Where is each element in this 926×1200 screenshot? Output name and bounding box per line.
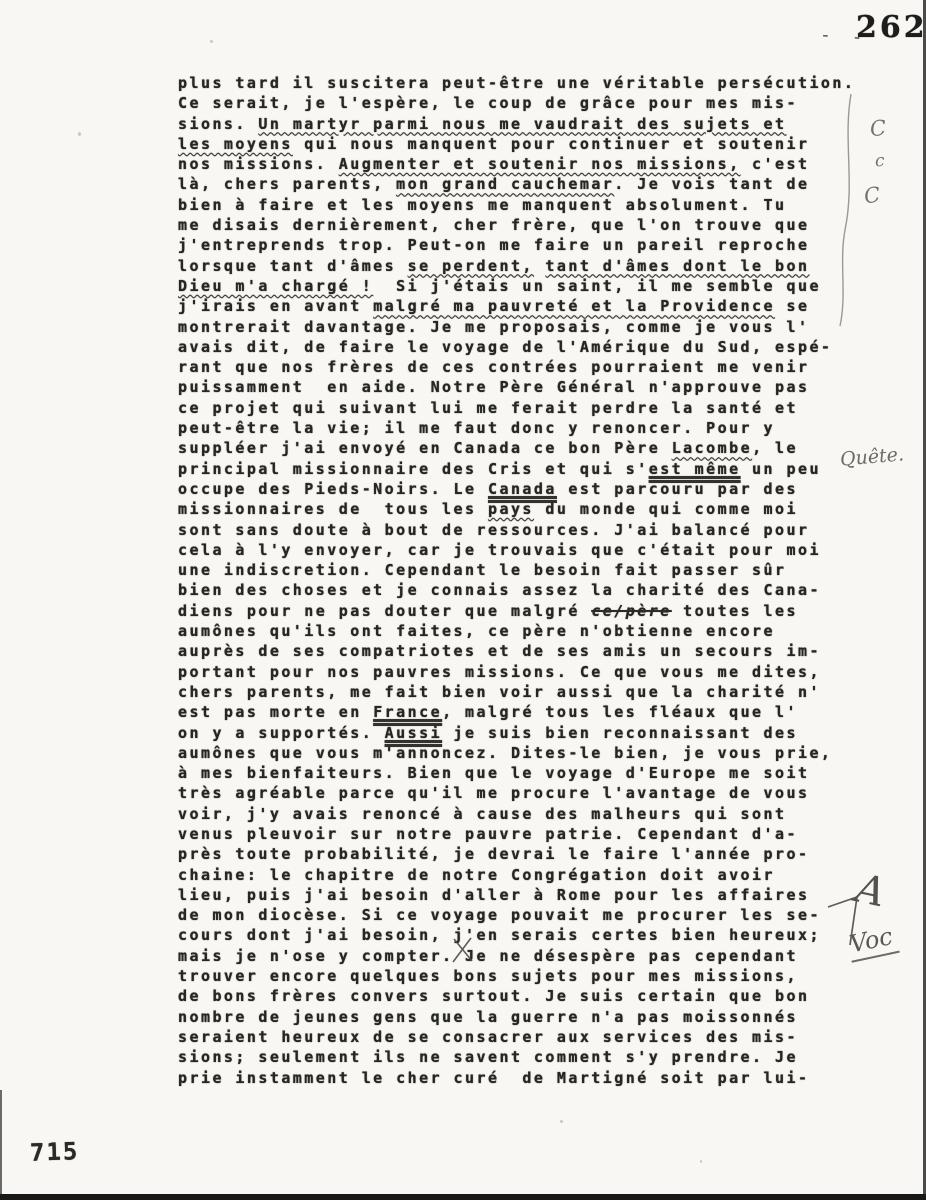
letter-line: Ce serait, je l'espère, le coup de grâce… xyxy=(178,93,888,113)
letter-text: toutes les xyxy=(672,602,798,620)
page-number-stamp: 262 xyxy=(856,10,926,45)
letter-text: portant pour nos pauvres missions. Ce qu… xyxy=(178,663,821,681)
letter-text: j'entreprends trop. Peut-on me faire un … xyxy=(178,236,809,254)
letter-line: j'irais en avant malgré ma pauvreté et l… xyxy=(178,296,888,316)
letter-line: sont sans doute à bout de ressources. J'… xyxy=(178,520,888,540)
letter-text: Un martyr parmi nous me vaudrait des suj… xyxy=(258,115,786,133)
letter-line: chaine: le chapitre de notre Congrégatio… xyxy=(178,865,888,885)
letter-text: montrerait davantage. Je me proposais, c… xyxy=(178,318,809,336)
letter-line: puissamment en aide. Notre Père Général … xyxy=(178,377,888,397)
letter-line: diens pour ne pas douter que malgré ce/p… xyxy=(178,601,888,621)
letter-text: sions. xyxy=(178,115,258,133)
letter-text: bien à faire et les moyens me manquent a… xyxy=(178,196,786,214)
letter-text: Aussi xyxy=(385,724,442,742)
letter-text: aumônes que vous m'annoncez. Dites-le bi… xyxy=(178,744,832,762)
letter-text: chers parents, me fait bien voir aussi q… xyxy=(178,683,821,701)
letter-text: j'irais en avant xyxy=(178,297,373,315)
letter-line: bien des choses et je connais assez la c… xyxy=(178,580,888,600)
margin-note-c: C xyxy=(862,175,906,213)
letter-line: mais je n'ose y compter. Je ne désespère… xyxy=(178,946,888,966)
letter-text: prie instamment le cher curé de Martigné… xyxy=(178,1069,809,1087)
letter-text: à mes bienfaiteurs. Bien que le voyage d… xyxy=(178,764,809,782)
letter-text: peut-être la vie; il me faut donc y reno… xyxy=(178,419,775,437)
paper-speck xyxy=(560,1120,563,1123)
letter-text: les moyens xyxy=(178,135,293,153)
x-mark xyxy=(450,936,476,964)
letter-line: aumônes qu'ils ont faites, ce père n'obt… xyxy=(178,621,888,641)
letter-text: Si j'étais un saint, il me semble que xyxy=(373,277,821,295)
letter-text xyxy=(534,257,545,275)
letter-text: principal missionnaire des Cris et qui s… xyxy=(178,460,649,478)
letter-text: est pas morte en xyxy=(178,703,373,721)
letter-line: lorsque tant d'âmes se perdent, tant d'â… xyxy=(178,256,888,276)
letter-line: chers parents, me fait bien voir aussi q… xyxy=(178,682,888,702)
letter-line: près toute probabilité, je devrai le fai… xyxy=(178,844,888,864)
letter-line: on y a supportés. Aussi je suis bien rec… xyxy=(178,723,888,743)
letter-line: prie instamment le cher curé de Martigné… xyxy=(178,1068,888,1088)
letter-line: aumônes que vous m'annoncez. Dites-le bi… xyxy=(178,743,888,763)
letter-line: trouver encore quelques bons sujets pour… xyxy=(178,966,888,986)
letter-line: cours dont j'ai besoin, j'en serais cert… xyxy=(178,925,888,945)
letter-line: là, chers parents, mon grand cauchemar. … xyxy=(178,174,888,194)
letter-text: malgré ma pauvreté et la Providence xyxy=(373,297,775,315)
scan-edge-bottom xyxy=(0,1194,926,1200)
letter-text: sont sans doute à bout de ressources. J'… xyxy=(178,521,809,539)
letter-line: de bons frères convers surtout. Je suis … xyxy=(178,986,888,1006)
letter-text: occupe des Pieds-Noirs. Le xyxy=(178,480,488,498)
letter-text: est même xyxy=(649,460,741,478)
letter-text: , malgré tous les fléaux que l' xyxy=(442,703,798,721)
letter-line: voir, j'y avais renoncé à cause des malh… xyxy=(178,804,888,824)
scanned-page: - - 262 plus tard il suscitera peut-être… xyxy=(0,0,926,1200)
letter-line: ce projet qui suivant lui me ferait perd… xyxy=(178,398,888,418)
letter-line: nos missions. Augmenter et soutenir nos … xyxy=(178,154,888,174)
letter-line: de mon diocèse. Si ce voyage pouvait me … xyxy=(178,905,888,925)
letter-text: Lacombe xyxy=(672,439,752,457)
letter-text: Augmenter et soutenir nos missions, xyxy=(339,155,741,173)
letter-line: à mes bienfaiteurs. Bien que le voyage d… xyxy=(178,763,888,783)
letter-text: aumônes qu'ils ont faites, ce père n'obt… xyxy=(178,622,775,640)
letter-line: seraient heureux de se consacrer aux ser… xyxy=(178,1027,888,1047)
letter-text: bien des choses et je connais assez la c… xyxy=(178,581,821,599)
letter-body: plus tard il suscitera peut-être une vér… xyxy=(178,73,888,1088)
letter-line: principal missionnaire des Cris et qui s… xyxy=(178,459,888,479)
letter-text: avais dit, de faire le voyage de l'Améri… xyxy=(178,338,832,356)
letter-text: cours dont j'ai besoin, j'en serais cert… xyxy=(178,926,821,944)
letter-line: sions; seulement ils ne savent comment s… xyxy=(178,1047,888,1067)
letter-text: qui nous manquent pour continuer et sout… xyxy=(293,135,810,153)
letter-text: Ce serait, je l'espère, le coup de grâce… xyxy=(178,94,798,112)
letter-text: lieu, puis j'ai besoin d'aller à Rome po… xyxy=(178,886,809,904)
letter-line: Dieu m'a chargé ! Si j'étais un saint, i… xyxy=(178,276,888,296)
letter-text: Dieu m'a chargé ! xyxy=(178,277,373,295)
letter-line: rant que nos frères de ces contrées pour… xyxy=(178,357,888,377)
letter-text: suppléer j'ai envoyé en Canada ce bon Pè… xyxy=(178,439,672,457)
letter-text: c'est xyxy=(741,155,810,173)
letter-line: est pas morte en France, malgré tous les… xyxy=(178,702,888,722)
letter-text: nos missions. xyxy=(178,155,339,173)
letter-text: se xyxy=(775,297,809,315)
letter-line: une indiscretion. Cependant le besoin fa… xyxy=(178,560,888,580)
letter-text: lorsque tant d'âmes xyxy=(178,257,408,275)
letter-line: nombre de jeunes gens que la guerre n'a … xyxy=(178,1007,888,1027)
letter-text: est parcouru par des xyxy=(557,480,798,498)
letter-text: je suis bien reconnaissant des xyxy=(442,724,798,742)
letter-text: chaine: le chapitre de notre Congrégatio… xyxy=(178,866,775,884)
letter-line: suppléer j'ai envoyé en Canada ce bon Pè… xyxy=(178,438,888,458)
margin-c-marks: C c C xyxy=(862,112,902,211)
letter-text: venus pleuvoir sur notre pauvre patrie. … xyxy=(178,825,798,843)
letter-text: nombre de jeunes gens que la guerre n'a … xyxy=(178,1008,798,1026)
letter-line: lieu, puis j'ai besoin d'aller à Rome po… xyxy=(178,885,888,905)
letter-text: voir, j'y avais renoncé à cause des malh… xyxy=(178,805,786,823)
margin-note-c: c xyxy=(874,143,916,178)
letter-text: pays xyxy=(488,500,534,518)
letter-line: montrerait davantage. Je me proposais, c… xyxy=(178,317,888,337)
letter-text: là, chers parents, xyxy=(178,175,396,193)
letter-text: un peu xyxy=(741,460,821,478)
letter-line: me disais dernièrement, cher frère, que … xyxy=(178,215,888,235)
letter-line: j'entreprends trop. Peut-on me faire un … xyxy=(178,235,888,255)
letter-text: se perdent, xyxy=(408,257,534,275)
letter-text: de bons frères convers surtout. Je suis … xyxy=(178,987,809,1005)
letter-line: avais dit, de faire le voyage de l'Améri… xyxy=(178,337,888,357)
letter-line: auprès de ses compatriotes et de ses ami… xyxy=(178,641,888,661)
letter-line: bien à faire et les moyens me manquent a… xyxy=(178,195,888,215)
letter-line: peut-être la vie; il me faut donc y reno… xyxy=(178,418,888,438)
letter-line: les moyens qui nous manquent pour contin… xyxy=(178,134,888,154)
letter-text: très agréable parce qu'il me procure l'a… xyxy=(178,784,809,802)
letter-text: plus tard il suscitera peut-être une vér… xyxy=(178,74,855,92)
letter-text: une indiscretion. Cependant le besoin fa… xyxy=(178,561,786,579)
letter-text: missionnaires de tous les xyxy=(178,500,488,518)
margin-note-c: C xyxy=(868,109,911,146)
letter-line: portant pour nos pauvres missions. Ce qu… xyxy=(178,662,888,682)
paper-speck xyxy=(210,40,213,43)
letter-text: auprès de ses compatriotes et de ses ami… xyxy=(178,642,821,660)
letter-line: occupe des Pieds-Noirs. Le Canada est pa… xyxy=(178,479,888,499)
letter-line: cela à l'y envoyer, car je trouvais que … xyxy=(178,540,888,560)
letter-line: très agréable parce qu'il me procure l'a… xyxy=(178,783,888,803)
letter-text: Canada xyxy=(488,480,557,498)
letter-line: sions. Un martyr parmi nous me vaudrait … xyxy=(178,114,888,134)
letter-text: sions; seulement ils ne savent comment s… xyxy=(178,1048,798,1066)
paper-speck xyxy=(78,132,81,136)
letter-text: diens pour ne pas douter que malgré xyxy=(178,602,591,620)
paper-speck xyxy=(700,1160,702,1163)
letter-text: du monde qui comme moi xyxy=(534,500,798,518)
margin-note-quete: Quête. xyxy=(839,443,905,470)
letter-text: seraient heureux de se consacrer aux ser… xyxy=(178,1028,798,1046)
letter-text: cela à l'y envoyer, car je trouvais que … xyxy=(178,541,821,559)
letter-text: tant d'âmes dont le bon xyxy=(545,257,809,275)
letter-text: ce/père xyxy=(591,602,671,620)
letter-text: mon grand cauchemar xyxy=(396,175,614,193)
letter-text: près toute probabilité, je devrai le fai… xyxy=(178,845,809,863)
letter-text: , le xyxy=(752,439,798,457)
letter-text: on y a supportés. xyxy=(178,724,385,742)
letter-line: missionnaires de tous les pays du monde … xyxy=(178,499,888,519)
letter-line: venus pleuvoir sur notre pauvre patrie. … xyxy=(178,824,888,844)
letter-text: de mon diocèse. Si ce voyage pouvait me … xyxy=(178,906,821,924)
letter-line: plus tard il suscitera peut-être une vér… xyxy=(178,73,888,93)
folio-number: 715 xyxy=(30,1137,80,1167)
letter-text: . Je vois tant de xyxy=(614,175,809,193)
letter-text: ce projet qui suivant lui me ferait perd… xyxy=(178,399,798,417)
pencil-stroke xyxy=(834,92,860,330)
letter-text: mais je n'ose y compter. Je ne désespère… xyxy=(178,947,798,965)
letter-text: France xyxy=(373,703,442,721)
letter-text: rant que nos frères de ces contrées pour… xyxy=(178,358,809,376)
letter-text: me disais dernièrement, cher frère, que … xyxy=(178,216,809,234)
letter-text: puissamment en aide. Notre Père Général … xyxy=(178,378,809,396)
letter-text: trouver encore quelques bons sujets pour… xyxy=(178,967,798,985)
scan-edge-left xyxy=(0,1090,2,1194)
